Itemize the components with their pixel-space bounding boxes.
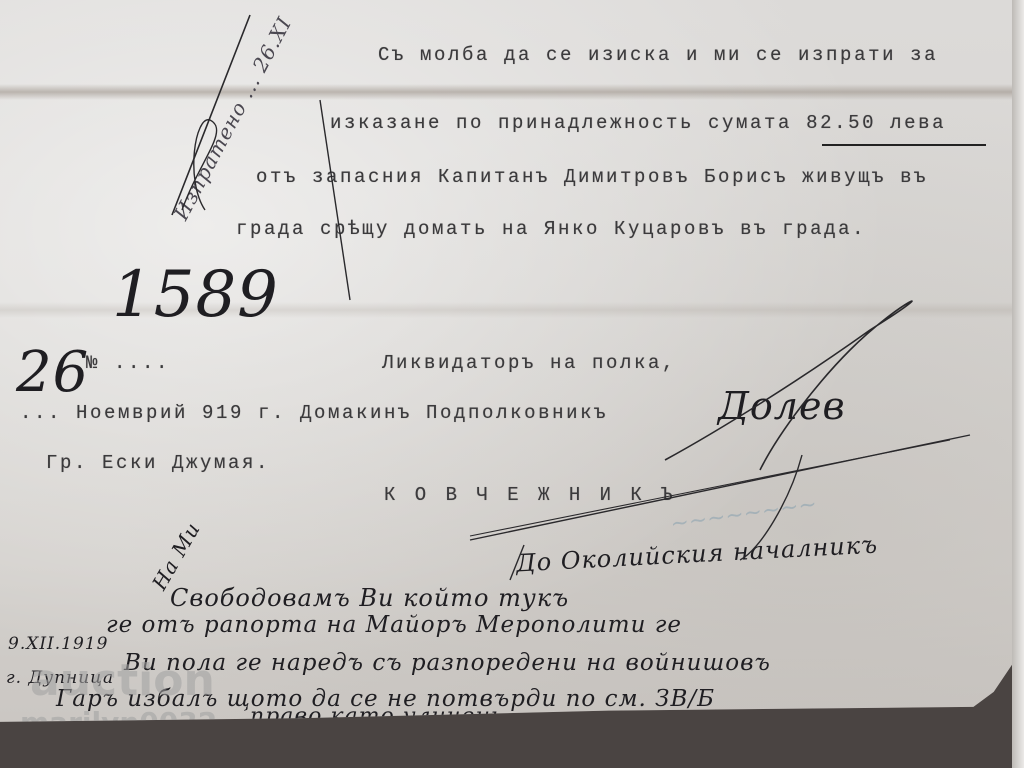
body-line-6: за полк. капит. Димитровъ Б. [208, 724, 596, 749]
watermark-auction: auction [30, 655, 215, 706]
document-paper: Съ молба да се изиска и ми се изпрати за… [0, 0, 1014, 752]
watermark-user: marilyn0032 [20, 706, 217, 739]
pen-strokes [0, 0, 1014, 752]
paper-edge [1012, 0, 1024, 768]
